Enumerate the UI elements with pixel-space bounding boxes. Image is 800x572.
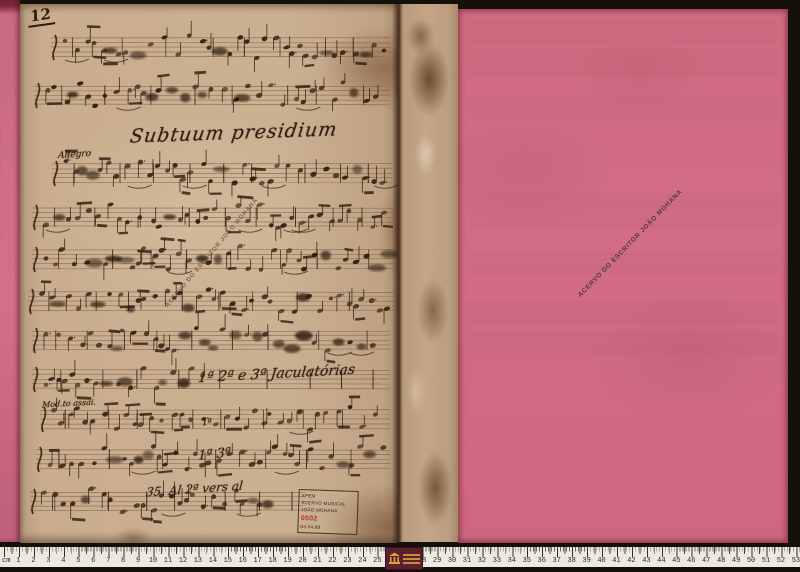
ruler-number: 3 <box>46 557 50 565</box>
ruler-number: 6 <box>91 557 95 565</box>
ruler-number: 39 <box>582 557 590 565</box>
scanned-manuscript-viewport: 12 Subtuum presidium Allegro Mod.to assa… <box>0 0 800 572</box>
ruler-number: 24 <box>358 557 366 565</box>
ruler-number: 13 <box>194 557 202 565</box>
ruler-number: 4 <box>61 557 65 565</box>
ruler-number: 40 <box>597 557 605 565</box>
ruler-number: 45 <box>672 557 680 565</box>
ruler-number: 17 <box>253 557 261 565</box>
ruler-number: 32 <box>478 557 486 565</box>
archive-logo-badge <box>385 547 423 570</box>
ruler-number: 49 <box>732 557 740 565</box>
ruler-number: 51 <box>762 557 770 565</box>
gutter-shadow <box>392 4 401 543</box>
ruler-number: 34 <box>508 557 516 565</box>
ink-bleed-band <box>468 300 778 322</box>
ink-bleed-band <box>468 95 778 117</box>
ruler-number: 46 <box>687 557 695 565</box>
building-icon <box>388 552 401 565</box>
ruler-number: 18 <box>268 557 276 565</box>
ruler-number: 22 <box>328 557 336 565</box>
ink-bleed-band <box>468 45 778 75</box>
ruler-number: 48 <box>717 557 725 565</box>
ruler-number: 20 <box>298 557 306 565</box>
ruler-number: 8 <box>121 557 125 565</box>
page-number: 12 <box>28 4 55 28</box>
ruler-number: 2 <box>31 557 35 565</box>
catalog-stamp-line: APEM <box>301 493 355 500</box>
ink-bleed-band <box>468 330 778 352</box>
ruler-number: 53 <box>792 557 800 565</box>
front-cover-edge <box>0 0 20 542</box>
ruler-unit-label: cm <box>2 557 10 565</box>
staff-system <box>32 197 394 242</box>
ruler-number: 33 <box>493 557 501 565</box>
ruler-number: 47 <box>702 557 710 565</box>
back-cover: ACERVO DO ESCRITOR JOÃO MOHANA <box>458 9 788 543</box>
ruler-number: 7 <box>106 557 110 565</box>
staff-system <box>32 311 390 365</box>
binding-spine <box>398 4 458 542</box>
ruler-number: 14 <box>209 557 217 565</box>
annotation-volta-1: 1ª <box>202 418 213 429</box>
catalog-stamp-line: JOÃO MOHANA <box>301 508 355 515</box>
ruler-number: 21 <box>313 557 321 565</box>
manuscript-page: 12 Subtuum presidium Allegro Mod.to assa… <box>20 4 398 543</box>
ruler-number: 25 <box>373 557 381 565</box>
catalog-stamp: APEM ACERVO MUSICAL JOÃO MOHANA 0502 03.… <box>297 489 358 535</box>
ruler-number: 9 <box>136 557 140 565</box>
ruler-number: 36 <box>538 557 546 565</box>
logo-text-lines <box>403 554 420 564</box>
ink-bleed-band <box>468 20 778 42</box>
ruler-number: 52 <box>777 557 785 565</box>
ruler-number: 16 <box>239 557 247 565</box>
ruler-number: 19 <box>283 557 291 565</box>
ruler-number: 38 <box>567 557 575 565</box>
catalog-stamp-number: 0502 <box>301 515 355 524</box>
ruler-number: 23 <box>343 557 351 565</box>
ruler-number: 11 <box>164 557 172 565</box>
ruler-number: 15 <box>224 557 232 565</box>
ruler-number: 31 <box>463 557 471 565</box>
ruler-number: 1 <box>16 557 20 565</box>
staff-system <box>34 72 390 113</box>
ruler-number: 42 <box>627 557 635 565</box>
catalog-stamp-date: 03.04.88 <box>300 524 354 531</box>
ruler-number: 35 <box>523 557 531 565</box>
ruler-number: 30 <box>448 557 456 565</box>
ruler-number: 29 <box>433 557 441 565</box>
ruler-number: 37 <box>552 557 560 565</box>
ruler-number: 41 <box>612 557 620 565</box>
ruler-number: 12 <box>179 557 187 565</box>
catalog-stamp-line: ACERVO MUSICAL <box>301 500 355 507</box>
ruler-number: 10 <box>149 557 157 565</box>
ruler-number: 5 <box>76 557 80 565</box>
ruler-number: 50 <box>747 557 755 565</box>
ruler-number: 44 <box>657 557 665 565</box>
staff-system <box>52 150 398 197</box>
ink-bleed-band <box>468 190 778 226</box>
ruler-number: 43 <box>642 557 650 565</box>
staff-system <box>51 21 390 72</box>
staff-system <box>28 282 394 325</box>
